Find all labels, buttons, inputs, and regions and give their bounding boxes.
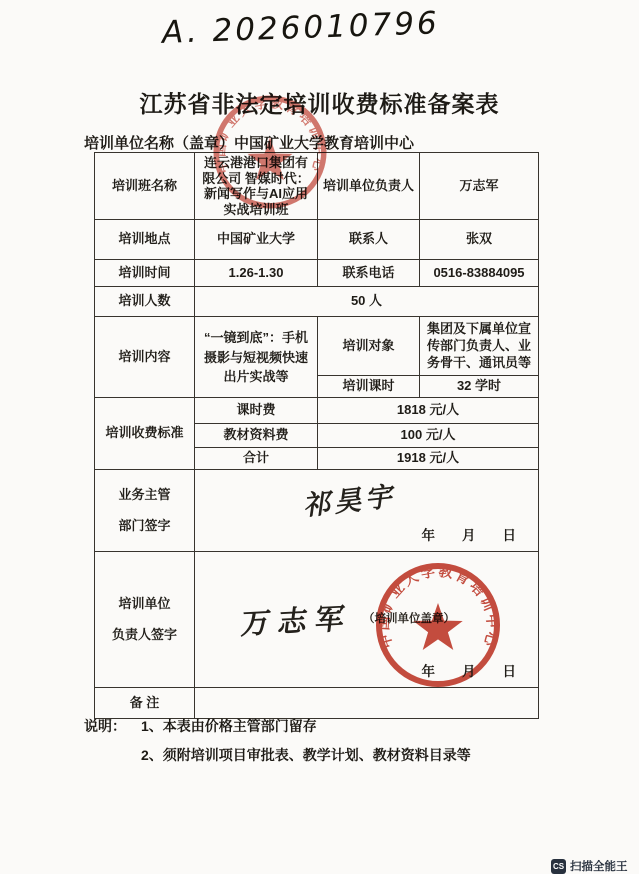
table-row: 培训单位 负责人签字 （培训单位盖章） 万志军 中国矿业大学教育培训中心 年月日	[95, 552, 539, 688]
unit-sign-dateline: 年月日	[422, 663, 517, 681]
contact-label: 联系人	[318, 220, 420, 260]
audience-value: 集团及下属单位宣传部门负责人、业务骨干、通讯员等	[420, 317, 539, 376]
location-label: 培训地点	[95, 220, 195, 260]
stamp-hint-text: （培训单位盖章）	[363, 612, 455, 627]
footnotes: 说明： 1、本表由价格主管部门留存 2、须附培训项目审批表、教学计划、教材资料目…	[84, 716, 471, 765]
training-unit-name-line: 培训单位名称（盖章）中国矿业大学教育培训中心	[84, 132, 414, 153]
time-value: 1.26-1.30	[195, 260, 318, 287]
headcount-value: 50 人	[195, 287, 539, 317]
watermark-label: 扫描全能王	[570, 858, 628, 874]
content-label: 培训内容	[95, 317, 195, 398]
dept-sign-label: 业务主管 部门签字	[95, 470, 195, 552]
table-row: 培训时间 1.26-1.30 联系电话 0516-83884095	[95, 260, 539, 287]
table-row: 培训班名称 连云港港口集团有限公司 智媒时代：新闻写作与AI应用实战培训班 培训…	[95, 153, 539, 220]
table-row: 培训地点 中国矿业大学 联系人 张双	[95, 220, 539, 260]
fee-item-name: 课时费	[195, 398, 318, 424]
notes-label: 说明：	[84, 716, 141, 736]
note-line-1: 1、本表由价格主管部门留存	[141, 716, 317, 736]
dept-signature-handwriting: 祁昊宇	[303, 479, 401, 525]
phone-label: 联系电话	[318, 260, 420, 287]
date-year-label: 年	[422, 528, 436, 543]
table-row: 培训人数 50 人	[95, 287, 539, 317]
unit-sign-label-line1: 培训单位	[99, 589, 190, 620]
fee-item-value: 1918 元/人	[318, 448, 539, 470]
date-day-label: 日	[503, 528, 517, 543]
class-name-label: 培训班名称	[95, 153, 195, 220]
svg-text:中国矿业大学教育培训中心: 中国矿业大学教育培训中心	[375, 563, 501, 651]
dept-sign-area: 祁昊宇 年月日	[195, 470, 539, 552]
audience-label: 培训对象	[318, 317, 420, 376]
unit-name-label: 培训单位名称（盖章）	[84, 135, 234, 152]
remarks-value	[195, 688, 539, 719]
handwritten-filing-number: A. 2026010796	[161, 5, 440, 51]
scanned-document-page: A. 2026010796 江苏省非法定培训收费标准备案表 培训单位名称（盖章）…	[0, 0, 639, 874]
phone-value: 0516-83884095	[420, 260, 539, 287]
date-month-label: 月	[462, 528, 476, 543]
table-row: 培训收费标准 课时费 1818 元/人	[95, 398, 539, 424]
hours-value: 32 学时	[420, 376, 539, 398]
location-value: 中国矿业大学	[195, 220, 318, 260]
filing-form-table: 培训班名称 连云港港口集团有限公司 智媒时代：新闻写作与AI应用实战培训班 培训…	[94, 152, 539, 719]
date-month-label: 月	[462, 664, 476, 679]
headcount-label: 培训人数	[95, 287, 195, 317]
unit-sign-label: 培训单位 负责人签字	[95, 552, 195, 688]
unit-name-value: 中国矿业大学教育培训中心	[234, 135, 414, 152]
class-name-value: 连云港港口集团有限公司 智媒时代：新闻写作与AI应用实战培训班	[195, 153, 318, 220]
remarks-label: 备 注	[95, 688, 195, 719]
unit-head-value: 万志军	[420, 153, 539, 220]
unit-head-label: 培训单位负责人	[318, 153, 420, 220]
fee-standard-label: 培训收费标准	[95, 398, 195, 470]
table-row: 备 注	[95, 688, 539, 719]
fee-item-value: 100 元/人	[318, 424, 539, 448]
unit-sign-area: （培训单位盖章） 万志军 中国矿业大学教育培训中心 年月日	[195, 552, 539, 688]
contact-value: 张双	[420, 220, 539, 260]
unit-sign-label-line2: 负责人签字	[99, 620, 190, 651]
seal-arc-text: 中国矿业大学教育培训中心	[375, 563, 501, 651]
date-year-label: 年	[422, 664, 436, 679]
scanner-watermark: CS 扫描全能王	[551, 858, 628, 874]
table-row: 培训内容 “一镜到底”：手机摄影与短视频快速出片实战等 培训对象 集团及下属单位…	[95, 317, 539, 376]
camscanner-icon: CS	[551, 859, 566, 874]
page-title: 江苏省非法定培训收费标准备案表	[0, 86, 639, 119]
date-day-label: 日	[503, 664, 517, 679]
note-line-2: 2、须附培训项目审批表、教学计划、教材资料目录等	[141, 745, 471, 765]
hours-label: 培训课时	[318, 376, 420, 398]
dept-sign-dateline: 年月日	[422, 527, 517, 545]
unit-signature-handwriting: 万志军	[239, 601, 355, 645]
table-row: 业务主管 部门签字 祁昊宇 年月日	[95, 470, 539, 552]
dept-sign-label-line2: 部门签字	[99, 511, 190, 542]
fee-item-name: 教材资料费	[195, 424, 318, 448]
content-value: “一镜到底”：手机摄影与短视频快速出片实战等	[195, 317, 318, 398]
fee-item-name: 合计	[195, 448, 318, 470]
time-label: 培训时间	[95, 260, 195, 287]
dept-sign-label-line1: 业务主管	[99, 480, 190, 511]
fee-item-value: 1818 元/人	[318, 398, 539, 424]
